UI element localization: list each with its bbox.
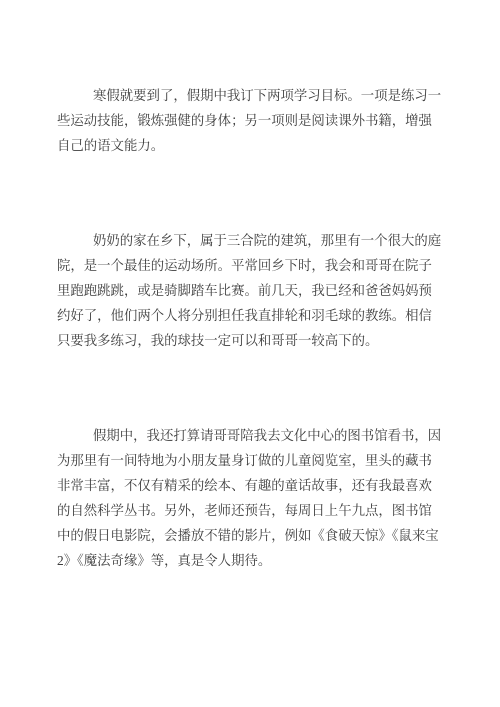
text-line: 自己的语文能力。 xyxy=(57,133,430,158)
paragraph: 寒假就要到了，假期中我订下两项学习目标。一项是练习一些运动技能，锻炼强健的身体；… xyxy=(57,83,430,158)
document-page: 寒假就要到了，假期中我订下两项学习目标。一项是练习一些运动技能，锻炼强健的身体；… xyxy=(0,0,500,707)
text-line: 假期中，我还打算请哥哥陪我去文化中心的图书馆看书，因 xyxy=(57,423,430,448)
essay-text: 寒假就要到了，假期中我订下两项学习目标。一项是练习一些运动技能，锻炼强健的身体；… xyxy=(57,83,430,573)
text-line: 非常丰富，不仅有精采的绘本、有趣的童话故事，还有我最喜欢 xyxy=(57,473,430,498)
text-line: 约好了，他们两个人将分别担任我直排轮和羽毛球的教练。相信 xyxy=(57,303,430,328)
paragraph: 假期中，我还打算请哥哥陪我去文化中心的图书馆看书，因为那里有一间特地为小朋友量身… xyxy=(57,423,430,573)
text-line: 奶奶的家在乡下，属于三合院的建筑，那里有一个很大的庭 xyxy=(57,228,430,253)
text-line: 的自然科学丛书。另外，老师还预告，每周日上午九点，图书馆 xyxy=(57,498,430,523)
text-line: 院，是一个最佳的运动场所。平常回乡下时，我会和哥哥在院子 xyxy=(57,253,430,278)
text-line: 寒假就要到了，假期中我订下两项学习目标。一项是练习一 xyxy=(57,83,430,108)
paragraph: 奶奶的家在乡下，属于三合院的建筑，那里有一个很大的庭院，是一个最佳的运动场所。平… xyxy=(57,228,430,353)
text-line: 些运动技能，锻炼强健的身体；另一项则是阅读课外书籍，增强 xyxy=(57,108,430,133)
text-line: 只要我多练习，我的球技一定可以和哥哥一较高下的。 xyxy=(57,328,430,353)
text-line: 中的假日电影院，会播放不错的影片，例如《食破天惊》《鼠来宝 xyxy=(57,523,430,548)
text-line: 2》《魔法奇缘》等，真是令人期待。 xyxy=(57,548,430,573)
text-line: 为那里有一间特地为小朋友量身订做的儿童阅览室，里头的藏书 xyxy=(57,448,430,473)
text-line: 里跑跑跳跳，或是骑脚踏车比赛。前几天，我已经和爸爸妈妈预 xyxy=(57,278,430,303)
